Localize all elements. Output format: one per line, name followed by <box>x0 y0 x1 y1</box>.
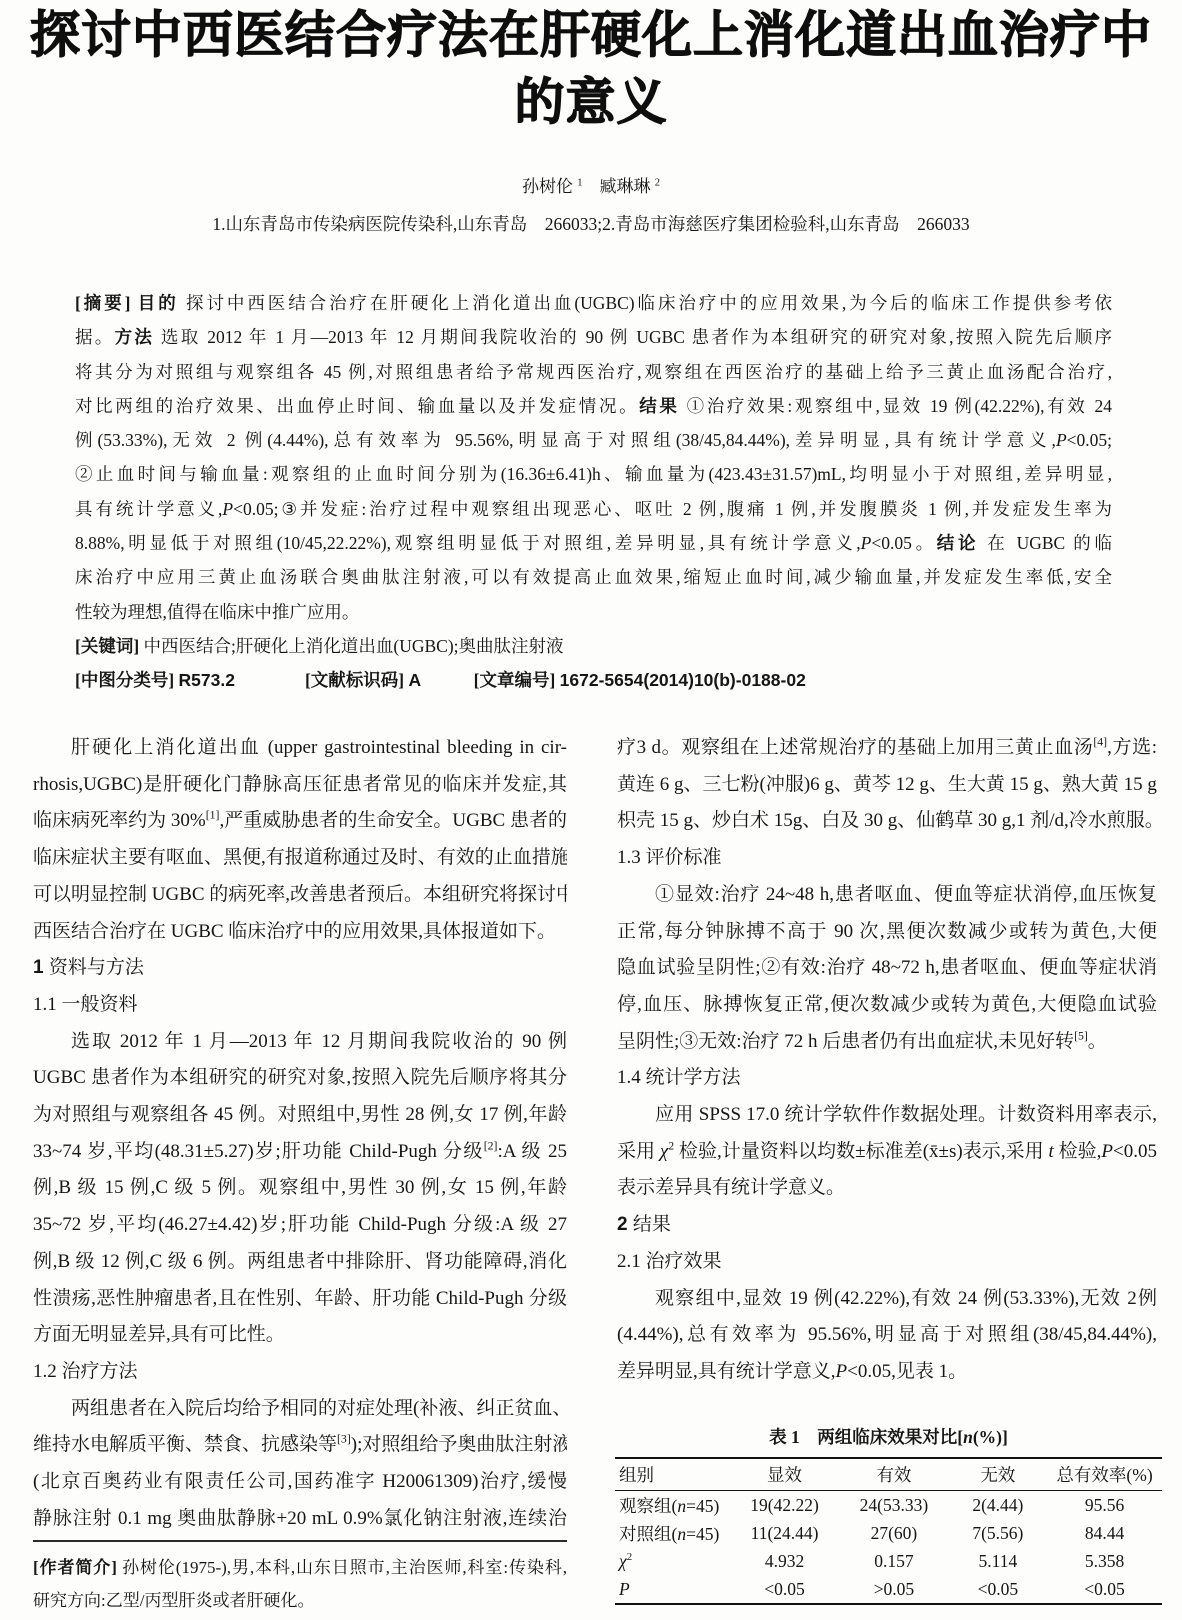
text-line: 静脉注射 0.1 mg 奥曲肽静脉+20 mL 0.9%氯化钠注射液,连续治 <box>33 1501 567 1538</box>
text-line: 可以明显控制 UGBC 的病死率,改善患者预后。本组研究将探讨中 <box>33 877 567 914</box>
text-segment: 肝硬化上消化道出血 (upper gastrointestinal bleedi… <box>71 737 567 758</box>
text-segment: (%)] <box>973 1427 1008 1447</box>
text-segment: 2 <box>627 1551 632 1563</box>
text-segment: 维持水电解质平衡、禁食、抗感染等 <box>33 1434 337 1455</box>
text-segment: 治疗方法 <box>62 1361 138 1382</box>
text-segment: 5.358 <box>1085 1551 1124 1571</box>
text-segment: 临床症状主要有呕血、黑便,有报道称通过及时、有效的止血措施 <box>33 847 567 868</box>
text-line: 黄连 6 g、三七粉(冲服)6 g、黄芩 12 g、生大黄 15 g、熟大黄 1… <box>617 767 1157 804</box>
text-segment: P <box>1056 430 1067 450</box>
text-segment: 2(4.44) <box>972 1495 1023 1515</box>
text-segment: 性较为理想,值得在临床中推广应用。 <box>75 602 359 622</box>
table-cell: 观察组(n=45) <box>615 1491 730 1520</box>
table-cell: 24(53.33) <box>839 1491 948 1520</box>
text-line: UGBC 患者作为本组研究的研究对象,按照入院先后顺序将其分 <box>33 1060 567 1097</box>
text-segment: [3] <box>337 1433 351 1446</box>
text-segment: P <box>1101 1141 1113 1162</box>
article-title-line1: 探讨中西医结合疗法在肝硬化上消化道出血治疗中 <box>0 2 1182 69</box>
text-line: 例,B 级 15 例,C 级 5 例。观察组中,男性 30 例,女 15 例,年… <box>33 1170 567 1207</box>
text-segment: P <box>861 533 872 553</box>
text-segment: 性溃疡,恶性肿瘤患者,且在性别、年龄、肝功能 Child-Pugh 分级 <box>33 1288 567 1309</box>
text-segment: 采用 <box>617 1141 660 1162</box>
text-segment: <0.05 <box>764 1579 805 1599</box>
text-line: 正常,每分钟脉搏不高于 90 次,黑便次数减少或转为黄色,大便 <box>617 914 1157 951</box>
text-segment: 具有统计学意义, <box>75 499 222 519</box>
text-segment: 在 UGBC 的临 <box>979 533 1112 553</box>
text-segment: [5] <box>1074 1029 1088 1042</box>
table-cell: P <box>615 1575 730 1604</box>
text-line: [摘要] 目的 探讨中西医结合治疗在肝硬化上消化道出血(UGBC)临床治疗中的应… <box>75 286 1112 320</box>
text-segment: 隐血试验呈阴性;②有效:治疗 48~72 h,患者呕血、便血等症状消 <box>617 957 1157 978</box>
table-cell: 4.932 <box>730 1547 839 1575</box>
text-line: 呈阴性;③无效:治疗 72 h 后患者仍有出血症状,未见好转[5]。 <box>617 1024 1157 1061</box>
text-segment: 8.88%,明显低于对照组(10/45,22.22%),观察组明显低于对照组,差… <box>75 533 861 553</box>
text-line: (4.44%),总有效率为 95.56%,明显高于对照组(38/45,84.44… <box>617 1317 1157 1354</box>
text-line: 1 资料与方法 <box>33 950 567 987</box>
text-segment: 资料与方法 <box>49 957 144 978</box>
text-line: 例,B 级 12 例,C 级 6 例。两组患者中排除肝、肾功能障碍,消化 <box>33 1244 567 1281</box>
table-cell: 对照组(n=45) <box>615 1519 730 1547</box>
keywords-line: [关键词] 中西医结合;肝硬化上消化道出血(UGBC);奥曲肽注射液 <box>75 629 1112 663</box>
text-line: 对比两组的治疗效果、出血停止时间、输血量以及并发症情况。结果 ①治疗效果:观察组… <box>75 389 1112 423</box>
text-segment: 组别 <box>619 1465 654 1485</box>
column-header: 组别 <box>615 1458 730 1491</box>
text-segment: 臧琳琳 <box>583 177 655 196</box>
text-segment: [文献标识码] <box>305 670 409 690</box>
table-cell: 2(4.44) <box>949 1491 1047 1520</box>
text-segment: 临床病死率约为 30% <box>33 810 206 831</box>
text-segment: 。 <box>1088 1031 1107 1052</box>
text-segment: 目的 <box>138 293 179 313</box>
text-segment: 观察组中,显效 19 例(42.22%),有效 24 例(53.33%),无效 … <box>655 1288 1157 1309</box>
text-segment: 11(24.44) <box>751 1523 819 1543</box>
text-line: 性较为理想,值得在临床中推广应用。 <box>75 595 1112 629</box>
text-line: 肝硬化上消化道出血 (upper gastrointestinal bleedi… <box>33 730 567 767</box>
text-segment: 疗3 d。观察组在上述常规治疗的基础上加用三黄止血汤 <box>617 737 1093 758</box>
footnote-divider <box>33 1540 567 1542</box>
left-column: 肝硬化上消化道出血 (upper gastrointestinal bleedi… <box>33 730 567 1537</box>
table-cell: <0.05 <box>1047 1575 1162 1604</box>
text-segment: 两组患者在入院后均给予相同的对症处理(补液、纠正贫血、 <box>71 1398 567 1419</box>
text-line: ②止血时间与输血量:观察组的止血时间分别为(16.36±6.41)h、输血量为(… <box>75 457 1112 491</box>
text-segment: [4] <box>1093 736 1107 749</box>
text-segment: 黄连 6 g、三七粉(冲服)6 g、黄芩 12 g、生大黄 15 g、熟大黄 1… <box>617 774 1157 795</box>
table-row: χ24.9320.1575.1145.358 <box>615 1547 1162 1575</box>
text-segment: [文章编号] <box>474 670 560 690</box>
text-segment: ①治疗效果:观察组中,显效 19 例(42.22%),有效 24 <box>680 396 1112 416</box>
text-segment: <0.05 <box>978 1579 1019 1599</box>
text-line: rhosis,UGBC)是肝硬化门静脉高压征患者常见的临床并发症,其 <box>33 767 567 804</box>
table-cell: >0.05 <box>839 1575 948 1604</box>
text-segment: 为对照组与观察组各 45 例。对照组中,男性 28 例,女 17 例,年龄 <box>33 1104 567 1125</box>
text-line: 据。方法 选取 2012 年 1 月—2013 年 12 月期间我院收治的 90… <box>75 320 1112 354</box>
text-line: 2 结果 <box>617 1207 1157 1244</box>
text-segment: (4.44%),总有效率为 95.56%,明显高于对照组(38/45,84.44… <box>617 1324 1157 1345</box>
text-segment: 孙树伦(1975-),男,本科,山东日照市,主治医师,科室:传染科, <box>122 1558 567 1577</box>
text-segment: 差异明显,具有统计学意义, <box>617 1361 836 1382</box>
text-segment: [摘要] <box>75 293 138 313</box>
text-segment: 正常,每分钟脉搏不高于 90 次,黑便次数减少或转为黄色,大便 <box>617 921 1157 942</box>
text-line: 表示差异具有统计学意义。 <box>617 1170 1157 1207</box>
text-line: 2.1 治疗效果 <box>617 1244 1157 1281</box>
text-segment: [1] <box>206 809 220 822</box>
text-segment: 例,B 级 12 例,C 级 6 例。两组患者中排除肝、肾功能障碍,消化 <box>33 1251 567 1272</box>
table-cell: 0.157 <box>839 1547 948 1575</box>
text-segment: [中图分类号] <box>75 670 179 690</box>
text-segment: 方法 <box>115 327 155 347</box>
text-segment: 无效 <box>980 1465 1015 1485</box>
text-segment: (北京百奥药业有限责任公司,国药准字 H20061309)治疗,缓慢 <box>33 1471 567 1492</box>
text-line: 床治疗中应用三黄止血汤联合奥曲肽注射液,可以有效提高止血效果,缩短止血时间,减少… <box>75 560 1112 594</box>
text-segment: 1.3 <box>617 847 646 868</box>
text-segment: 0.157 <box>874 1551 913 1571</box>
text-segment: 结果 <box>633 1214 671 1235</box>
text-segment: 评价标准 <box>646 847 722 868</box>
table-cell: 95.56 <box>1047 1491 1162 1520</box>
text-segment: <0.05 <box>1084 1579 1125 1599</box>
text-segment: ②止血时间与输血量:观察组的止血时间分别为(16.36±6.41)h、输血量为(… <box>75 464 1112 484</box>
text-line: 具有统计学意义,P<0.05;③并发症:治疗过程中观察组出现恶心、呕吐 2 例,… <box>75 492 1112 526</box>
text-line: 采用 χ2 检验,计量资料以均数±标准差(x̄±s)表示,采用 t 检验,P<0… <box>617 1134 1157 1171</box>
text-segment: 应用 SPSS 17.0 统计学软件作数据处理。计数资料用率表示, <box>655 1104 1157 1125</box>
text-segment: =45) <box>686 1524 719 1544</box>
table-head: 组别显效有效无效总有效率(%) <box>615 1458 1162 1491</box>
text-segment: χ <box>660 1141 668 1162</box>
text-line: 1.4 统计学方法 <box>617 1060 1157 1097</box>
text-line: 为对照组与观察组各 45 例。对照组中,男性 28 例,女 17 例,年龄 <box>33 1097 567 1134</box>
text-segment: [作者简介] <box>33 1558 122 1577</box>
text-segment: 方面无明显差异,具有可比性。 <box>33 1324 285 1345</box>
text-segment: 表 1 两组临床效果对比[ <box>769 1427 963 1447</box>
text-segment: n <box>963 1427 973 1447</box>
text-segment: 结果 <box>639 396 679 416</box>
text-segment: 5.114 <box>979 1551 1018 1571</box>
text-segment: <0.05;③并发症:治疗过程中观察组出现恶心、呕吐 2 例,腹痛 1 例,并发… <box>233 499 1112 519</box>
text-segment: 观察组( <box>619 1496 677 1516</box>
text-segment: 床治疗中应用三黄止血汤联合奥曲肽注射液,可以有效提高止血效果,缩短止血时间,减少… <box>75 567 1112 587</box>
text-segment: 2 <box>655 177 660 188</box>
text-segment: 2.1 <box>617 1251 646 1272</box>
text-segment: 中西医结合;肝硬化上消化道出血(UGBC);奥曲肽注射液 <box>144 636 564 656</box>
text-line: 西医结合治疗在 UGBC 临床治疗中的应用效果,具体报道如下。 <box>33 914 567 951</box>
table-cell: 19(42.22) <box>730 1491 839 1520</box>
text-line: 例(53.33%),无效 2 例(4.44%),总有效率为 95.56%,明显高… <box>75 423 1112 457</box>
text-segment: 研究方向:乙型/丙型肝炎或者肝硬化。 <box>33 1591 314 1610</box>
text-line: 1.1 一般资料 <box>33 987 567 1024</box>
text-line: 两组患者在入院后均给予相同的对症处理(补液、纠正贫血、 <box>33 1391 567 1428</box>
text-line: 临床症状主要有呕血、黑便,有报道称通过及时、有效的止血措施 <box>33 840 567 877</box>
text-line: 选取 2012 年 1 月—2013 年 12 月期间我院收治的 90 例 <box>33 1024 567 1061</box>
text-segment <box>235 670 305 690</box>
text-segment: 1672-5654(2014)10(b)-0188-02 <box>560 670 806 690</box>
affiliation-line: 1.山东青岛市传染病医院传染科,山东青岛 266033;2.青岛市海慈医疗集团检… <box>0 211 1182 237</box>
text-segment: A <box>409 670 422 690</box>
text-segment: 例,B 级 15 例,C 级 5 例。观察组中,男性 30 例,女 15 例,年… <box>33 1177 567 1198</box>
text-segment: 1.4 <box>617 1067 646 1088</box>
text-line: 方面无明显差异,具有可比性。 <box>33 1317 567 1354</box>
text-segment: 探讨中西医结合治疗在肝硬化上消化道出血(UGBC)临床治疗中的应用效果,为今后的… <box>179 293 1112 313</box>
text-segment: ①显效:治疗 24~48 h,患者呕血、便血等症状消停,血压恢复 <box>655 884 1157 905</box>
front-matter: [摘要] 目的 探讨中西医结合治疗在肝硬化上消化道出血(UGBC)临床治疗中的应… <box>75 286 1112 698</box>
text-segment: χ <box>619 1551 627 1571</box>
text-segment: :A 级 25 <box>497 1141 567 1162</box>
text-segment: 33~74 岁,平均(48.31±5.27)岁;肝功能 Child-Pugh 分… <box>33 1141 484 1162</box>
classification-line: [中图分类号] R573.2 [文献标识码] A [文章编号] 1672-565… <box>75 663 1112 697</box>
text-line: 应用 SPSS 17.0 统计学软件作数据处理。计数资料用率表示, <box>617 1097 1157 1134</box>
table-title: 表 1 两组临床效果对比[n(%)] <box>615 1424 1162 1450</box>
text-segment: 1 <box>33 957 49 978</box>
table-cell: 5.358 <box>1047 1547 1162 1575</box>
abstract-block: [摘要] 目的 探讨中西医结合治疗在肝硬化上消化道出血(UGBC)临床治疗中的应… <box>75 286 1112 629</box>
text-line: (北京百奥药业有限责任公司,国药准字 H20061309)治疗,缓慢 <box>33 1464 567 1501</box>
text-segment: ,方选: <box>1107 737 1157 758</box>
text-line: 1.3 评价标准 <box>617 840 1157 877</box>
text-segment: 西医结合治疗在 UGBC 临床治疗中的应用效果,具体报道如下。 <box>33 921 556 942</box>
text-line: 8.88%,明显低于对照组(10/45,22.22%),观察组明显低于对照组,差… <box>75 526 1112 560</box>
text-segment <box>421 670 474 690</box>
table-row: 对照组(n=45)11(24.44)27(60)7(5.56)84.44 <box>615 1519 1162 1547</box>
text-segment: ,严重威胁患者的生命安全。UGBC 患者的 <box>219 810 567 831</box>
column-header: 无效 <box>949 1458 1047 1491</box>
text-line: 隐血试验呈阴性;②有效:治疗 48~72 h,患者呕血、便血等症状消 <box>617 950 1157 987</box>
text-segment: P <box>222 499 233 519</box>
text-segment: 表示差异具有统计学意义。 <box>617 1177 845 1198</box>
text-line: [作者简介] 孙树伦(1975-),男,本科,山东日照市,主治医师,科室:传染科… <box>33 1551 567 1584</box>
text-segment: );对照组给予奥曲肽注射液 <box>351 1434 567 1455</box>
table-header-row: 组别显效有效无效总有效率(%) <box>615 1458 1162 1491</box>
results-table: 组别显效有效无效总有效率(%) 观察组(n=45)19(42.22)24(53.… <box>615 1457 1162 1605</box>
text-segment: 将其分为对照组与观察组各 45 例,对照组患者给予常规西医治疗,观察组在西医治疗… <box>75 362 1112 382</box>
column-header: 显效 <box>730 1458 839 1491</box>
text-segment: 孙树伦 <box>522 177 577 196</box>
text-line: 维持水电解质平衡、禁食、抗感染等[3]);对照组给予奥曲肽注射液 <box>33 1427 567 1464</box>
text-segment: 35~72 岁,平均(46.27±4.42)岁;肝功能 Child-Pugh 分… <box>33 1214 567 1235</box>
table-cell: 5.114 <box>949 1547 1047 1575</box>
authors-line: 孙树伦 1 臧琳琳 2 <box>0 175 1182 199</box>
text-segment: 95.56 <box>1085 1495 1124 1515</box>
table-row: P<0.05>0.05<0.05<0.05 <box>615 1575 1162 1604</box>
text-segment: 静脉注射 0.1 mg 奥曲肽静脉+20 mL 0.9%氯化钠注射液,连续治 <box>33 1508 567 1529</box>
paper-page: 探讨中西医结合疗法在肝硬化上消化道出血治疗中 的意义 孙树伦 1 臧琳琳 2 1… <box>0 0 1182 1620</box>
text-line: 1.2 治疗方法 <box>33 1354 567 1391</box>
table-cell: 84.44 <box>1047 1519 1162 1547</box>
text-segment: P <box>836 1361 848 1382</box>
text-segment: 统计学方法 <box>646 1067 741 1088</box>
column-header: 有效 <box>839 1458 948 1491</box>
text-segment: <0.05; <box>1067 430 1112 450</box>
table-cell: <0.05 <box>730 1575 839 1604</box>
text-segment: >0.05 <box>874 1579 915 1599</box>
text-line: 35~72 岁,平均(46.27±4.42)岁;肝功能 Child-Pugh 分… <box>33 1207 567 1244</box>
text-segment: 对比两组的治疗效果、出血停止时间、输血量以及并发症情况。 <box>75 396 639 416</box>
right-column: 疗3 d。观察组在上述常规治疗的基础上加用三黄止血汤[4],方选:黄连 6 g、… <box>617 730 1157 1391</box>
text-segment: [2] <box>484 1139 498 1152</box>
table-cell: <0.05 <box>949 1575 1047 1604</box>
text-segment: 19(42.22) <box>750 1495 819 1515</box>
article-title-line2: 的意义 <box>0 69 1182 136</box>
text-segment: 选取 2012 年 1 月—2013 年 12 月期间我院收治的 90 例 UG… <box>154 327 1112 347</box>
article-title: 探讨中西医结合疗法在肝硬化上消化道出血治疗中 的意义 <box>0 2 1182 136</box>
text-segment: =45) <box>686 1496 719 1516</box>
text-segment: 对照组( <box>619 1524 677 1544</box>
table-1: 表 1 两组临床效果对比[n(%)] 组别显效有效无效总有效率(%) 观察组(n… <box>615 1424 1162 1605</box>
text-line: 临床病死率约为 30%[1],严重威胁患者的生命安全。UGBC 患者的 <box>33 803 567 840</box>
text-line: 停,血压、脉搏恢复正常,便次数减少或转为黄色,大便隐血试验 <box>617 987 1157 1024</box>
text-line: 33~74 岁,平均(48.31±5.27)岁;肝功能 Child-Pugh 分… <box>33 1134 567 1171</box>
text-line: 疗3 d。观察组在上述常规治疗的基础上加用三黄止血汤[4],方选: <box>617 730 1157 767</box>
text-segment: 结论 <box>937 533 979 553</box>
author-bio-footnote: [作者简介] 孙树伦(1975-),男,本科,山东日照市,主治医师,科室:传染科… <box>33 1551 567 1617</box>
text-segment: 检验,计量资料以均数±标准差(x̄±s)表示,采用 <box>674 1141 1048 1162</box>
text-line: 枳壳 15 g、炒白术 15g、白及 30 g、仙鹤草 30 g,1 剂/d,冷… <box>617 803 1157 840</box>
text-segment: 一般资料 <box>62 994 138 1015</box>
text-line: 差异明显,具有统计学意义,P<0.05,见表 1。 <box>617 1354 1157 1391</box>
text-segment: P <box>619 1579 630 1599</box>
text-segment: 有效 <box>876 1465 911 1485</box>
text-segment: 显效 <box>767 1465 802 1485</box>
text-segment: n <box>677 1524 686 1544</box>
text-line: 将其分为对照组与观察组各 45 例,对照组患者给予常规西医治疗,观察组在西医治疗… <box>75 355 1112 389</box>
text-segment: UGBC 患者作为本组研究的研究对象,按照入院先后顺序将其分 <box>33 1067 567 1088</box>
text-line: 观察组中,显效 19 例(42.22%),有效 24 例(53.33%),无效 … <box>617 1281 1157 1318</box>
text-segment: R573.2 <box>179 670 235 690</box>
text-segment: 1.2 <box>33 1361 62 1382</box>
table-row: 观察组(n=45)19(42.22)24(53.33)2(4.44)95.56 <box>615 1491 1162 1520</box>
text-segment: 84.44 <box>1085 1523 1124 1543</box>
text-segment: 2 <box>617 1214 633 1235</box>
text-segment: 4.932 <box>765 1551 804 1571</box>
text-segment: 可以明显控制 UGBC 的病死率,改善患者预后。本组研究将探讨中 <box>33 884 567 905</box>
text-segment: <0.05,见表 1。 <box>847 1361 967 1382</box>
table-cell: 27(60) <box>839 1519 948 1547</box>
text-segment: rhosis,UGBC)是肝硬化门静脉高压征患者常见的临床并发症,其 <box>33 774 567 795</box>
text-segment: 1.1 <box>33 994 62 1015</box>
text-line: ①显效:治疗 24~48 h,患者呕血、便血等症状消停,血压恢复 <box>617 877 1157 914</box>
table-body: 观察组(n=45)19(42.22)24(53.33)2(4.44)95.56对… <box>615 1491 1162 1605</box>
text-line: 研究方向:乙型/丙型肝炎或者肝硬化。 <box>33 1584 567 1617</box>
column-header: 总有效率(%) <box>1047 1458 1162 1491</box>
table-cell: χ2 <box>615 1547 730 1575</box>
text-segment: 24(53.33) <box>860 1495 929 1515</box>
text-segment: 据。 <box>75 327 115 347</box>
table-cell: 7(5.56) <box>949 1519 1047 1547</box>
text-segment: 治疗效果 <box>646 1251 722 1272</box>
text-segment: n <box>677 1496 686 1516</box>
text-segment: <0.05。 <box>871 533 936 553</box>
text-segment: 选取 2012 年 1 月—2013 年 12 月期间我院收治的 90 例 <box>71 1031 567 1052</box>
text-segment: 停,血压、脉搏恢复正常,便次数减少或转为黄色,大便隐血试验 <box>617 994 1157 1015</box>
text-segment: 枳壳 15 g、炒白术 15g、白及 30 g、仙鹤草 30 g,1 剂/d,冷… <box>617 810 1157 831</box>
text-segment: [关键词] <box>75 636 144 656</box>
table-cell: 11(24.44) <box>730 1519 839 1547</box>
text-segment: 例(53.33%),无效 2 例(4.44%),总有效率为 95.56%,明显高… <box>75 430 1056 450</box>
text-segment: 27(60) <box>871 1523 918 1543</box>
text-segment: <0.05 <box>1113 1141 1157 1162</box>
text-line: 性溃疡,恶性肿瘤患者,且在性别、年龄、肝功能 Child-Pugh 分级 <box>33 1281 567 1318</box>
text-segment: 检验, <box>1054 1141 1102 1162</box>
text-segment: 总有效率(%) <box>1056 1465 1152 1485</box>
text-segment: 呈阴性;③无效:治疗 72 h 后患者仍有出血症状,未见好转 <box>617 1031 1074 1052</box>
text-segment: 7(5.56) <box>972 1523 1023 1543</box>
